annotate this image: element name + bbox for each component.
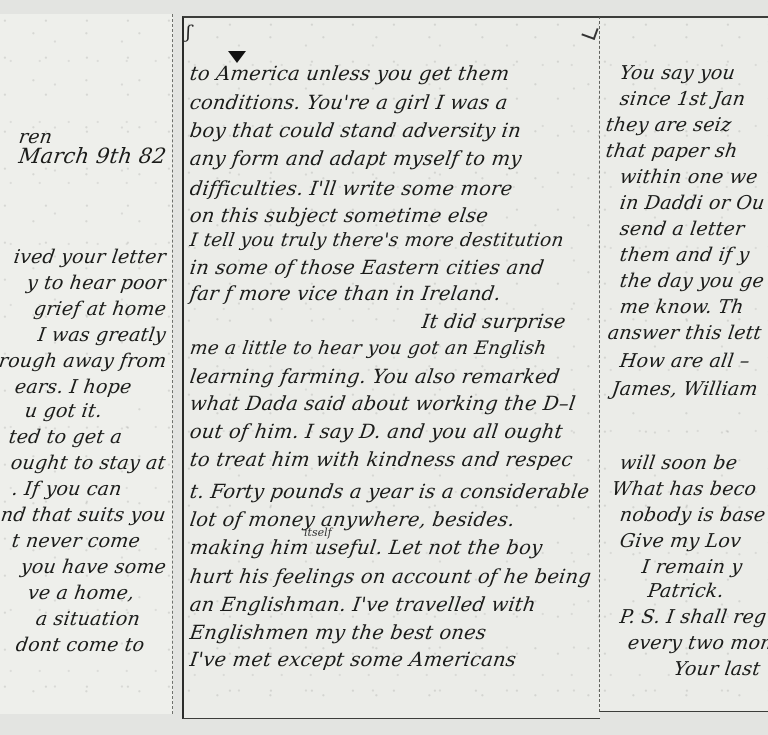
text-line: that paper sh (604, 140, 739, 162)
letter-page-right: You say you since 1st Jan they are seiz … (599, 16, 768, 712)
text-line: me a little to hear you got an English (189, 338, 548, 359)
text-line: hurt his feelings on account of he being (188, 565, 592, 588)
text-line: ted to get a (7, 426, 123, 448)
text-line: How are all – (618, 350, 751, 372)
text-line: them and if y (618, 244, 751, 266)
text-line: nd that suits you (0, 504, 168, 526)
postscript-line: P. S. I shall reg (618, 606, 767, 628)
text-line: . If you can (11, 478, 124, 500)
text-line: the day you ge (618, 270, 765, 292)
text-line: dont come to (14, 634, 145, 656)
text-line: ve a home, (26, 582, 135, 604)
text-line: within one we (618, 166, 759, 188)
text-line: t. Forty pounds a year is a considerable (188, 480, 591, 503)
text-line: will soon be (618, 452, 738, 474)
text-line: far f more vice than in Ireland. (188, 282, 502, 305)
text-line: what Dada said about working the D–l (188, 392, 577, 415)
text-line: You say you (618, 62, 736, 84)
text-line: learning farming. You also remarked (188, 365, 561, 388)
text-line: ought to stay at (10, 452, 168, 474)
text-line: ears. I hope (14, 376, 134, 398)
text-line: they are seiz (604, 114, 732, 136)
fold-mark-icon (581, 24, 598, 40)
text-line: on this subject sometime else (188, 204, 489, 227)
letter-date: March 9th 82 (17, 144, 168, 168)
text-line: rough away from (0, 350, 168, 372)
text-line: What has beco (610, 478, 757, 500)
corner-mark: ʃ (186, 22, 191, 43)
text-line: send a letter (618, 218, 745, 240)
text-line: making him useful. Let not the boy (188, 536, 544, 559)
text-line: boy that could stand adversity in (188, 119, 522, 142)
text-line: me know. Th (618, 296, 745, 318)
text-line: conditions. You're a girl I was a (188, 91, 509, 114)
text-line: grief at home (32, 298, 167, 320)
text-line: u got it. (23, 400, 103, 422)
text-line: y to hear poor (26, 272, 168, 294)
text-line: since 1st Jan (618, 88, 746, 110)
text-line: answer this lett (606, 322, 763, 344)
text-line: to America unless you get them (188, 62, 511, 85)
text-line: a situation (34, 608, 141, 630)
text-line: in Daddi or Ou (618, 192, 766, 214)
text-line: ived your letter (13, 246, 168, 268)
text-line: James, William (610, 378, 759, 400)
postscript-line: Your last (672, 658, 761, 680)
text-line: to treat him with kindness and respec (188, 448, 574, 471)
text-line: I tell you truly there's more destitutio… (189, 230, 566, 251)
text-line: you have some (19, 556, 167, 578)
text-line: nobody is base (618, 504, 766, 526)
postscript-line: every two mont (626, 632, 768, 654)
text-line: out of him. I say D. and you all ought (188, 420, 564, 443)
text-line: in some of those Eastern cities and (188, 256, 545, 279)
letter-page-center: ʃ to America unless you get them conditi… (182, 16, 600, 719)
letter-page-left: ren March 9th 82 ived your letter y to h… (0, 14, 173, 714)
text-line: difficulties. I'll write some more (188, 177, 514, 200)
signature: Patrick. (646, 580, 725, 602)
text-line: I've met except some Americans (188, 648, 517, 671)
text-line: t never come (10, 530, 141, 552)
text-line: I remain y (640, 556, 743, 578)
text-line: lot of money anywhere, besides. (188, 508, 516, 531)
text-line: I was greatly (37, 324, 168, 346)
text-line: Give my Lov (618, 530, 742, 552)
text-line: any form and adapt myself to my (188, 147, 523, 170)
text-line: an Englishman. I've travelled with (188, 593, 537, 616)
text-line: It did surprise (420, 310, 567, 333)
text-line: Englishmen my the best ones (188, 621, 487, 644)
